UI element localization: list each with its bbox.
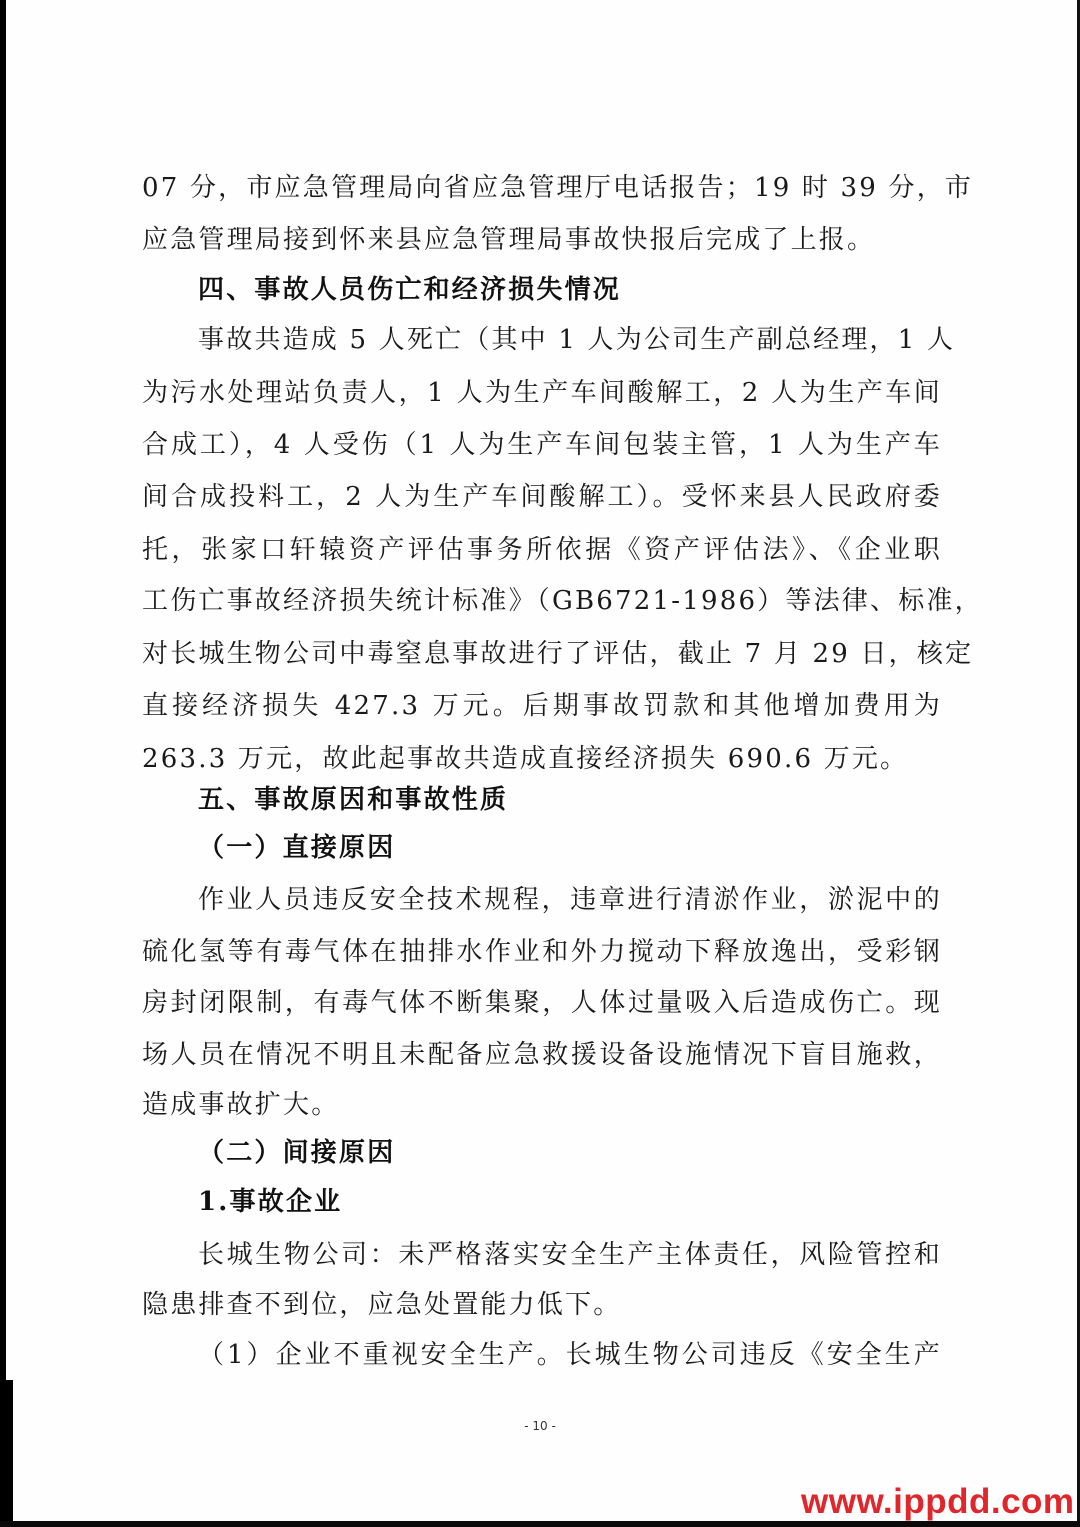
subsection-heading-direct-cause: （一）直接原因	[142, 828, 942, 868]
watermark-text: www.ippdd.com	[801, 1482, 1075, 1522]
body-line: 07 分，市应急管理局向省应急管理厅电话报告；19 时 39 分，市	[142, 168, 942, 208]
body-line: 直接经济损失 427.3 万元。后期事故罚款和其他增加费用为	[142, 686, 942, 726]
section-heading-4: 四、事故人员伤亡和经济损失情况	[142, 270, 942, 310]
body-line: 事故共造成 5 人死亡（其中 1 人为公司生产副总经理，1 人	[142, 320, 942, 360]
body-line: 硫化氢等有毒气体在抽排水作业和外力搅动下释放逸出，受彩钢	[142, 932, 942, 972]
body-line: 长城生物公司：未严格落实安全生产主体责任，风险管控和	[142, 1235, 942, 1275]
scan-edge-left	[0, 1380, 13, 1527]
body-line: 隐患排查不到位，应急处置能力低下。	[142, 1285, 942, 1325]
subsection-heading-indirect-cause: （二）间接原因	[142, 1133, 942, 1173]
body-line: 对长城生物公司中毒窒息事故进行了评估，截止 7 月 29 日，核定	[142, 634, 942, 674]
page-number: - 10 -	[0, 1419, 1080, 1433]
body-line: 托，张家口轩辕资产评估事务所依据《资产评估法》、《企业职	[142, 530, 942, 570]
body-line: 263.3 万元，故此起事故共造成直接经济损失 690.6 万元。	[142, 739, 942, 779]
body-line: 合成工），4 人受伤（1 人为生产车间包装主管，1 人为生产车	[142, 425, 942, 465]
body-line: （1）企业不重视安全生产。长城生物公司违反《安全生产	[142, 1335, 942, 1375]
body-line: 间合成投料工，2 人为生产车间酸解工）。受怀来县人民政府委	[142, 477, 942, 517]
body-line: 场人员在情况不明且未配备应急救援设备设施情况下盲目施救，	[142, 1035, 942, 1075]
body-line: 造成事故扩大。	[142, 1085, 942, 1125]
scan-edge-bottom	[0, 1521, 1080, 1527]
item-heading-enterprise: 1.事故企业	[142, 1182, 942, 1222]
body-line: 作业人员违反安全技术规程，违章进行清淤作业，淤泥中的	[142, 880, 942, 920]
body-line: 应急管理局接到怀来县应急管理局事故快报后完成了上报。	[142, 220, 942, 260]
body-line: 为污水处理站负责人，1 人为生产车间酸解工，2 人为生产车间	[142, 373, 942, 413]
section-heading-5: 五、事故原因和事故性质	[142, 780, 942, 820]
body-line: 房封闭限制，有毒气体不断集聚，人体过量吸入后造成伤亡。现	[142, 983, 942, 1023]
body-line: 工伤亡事故经济损失统计标准》（GB6721-1986）等法律、标准，	[142, 581, 942, 621]
